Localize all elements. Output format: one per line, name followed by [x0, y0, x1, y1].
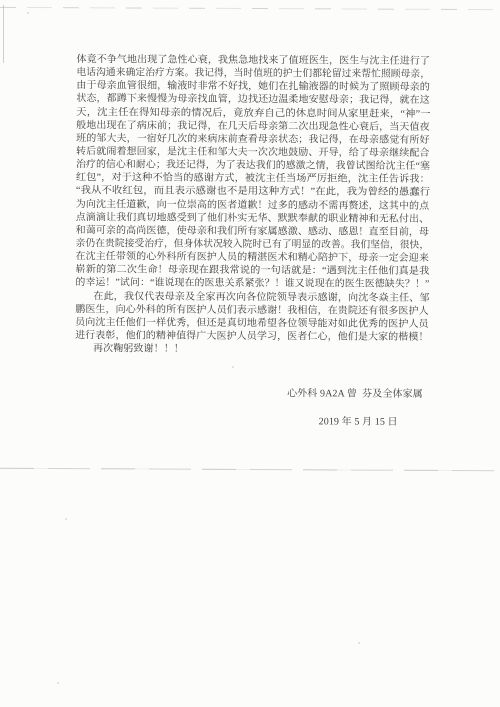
signature-line: 心外科 9A2A 曾 芬及全体家属 [75, 386, 429, 401]
signature-area: 心外科 9A2A 曾 芬及全体家属 2019 年 5 月 15 日 [75, 386, 429, 429]
scanned-letter-page: 体竟不争气地出现了急性心衰，我焦急地找来了值班医生，医生与沈主任进行了电话沟通来… [0, 0, 500, 707]
signature-skew-wrapper: 心外科 9A2A 曾 芬及全体家属 2019 年 5 月 15 日 [0, 0, 500, 707]
date-line: 2019 年 5 月 15 日 [75, 414, 429, 429]
